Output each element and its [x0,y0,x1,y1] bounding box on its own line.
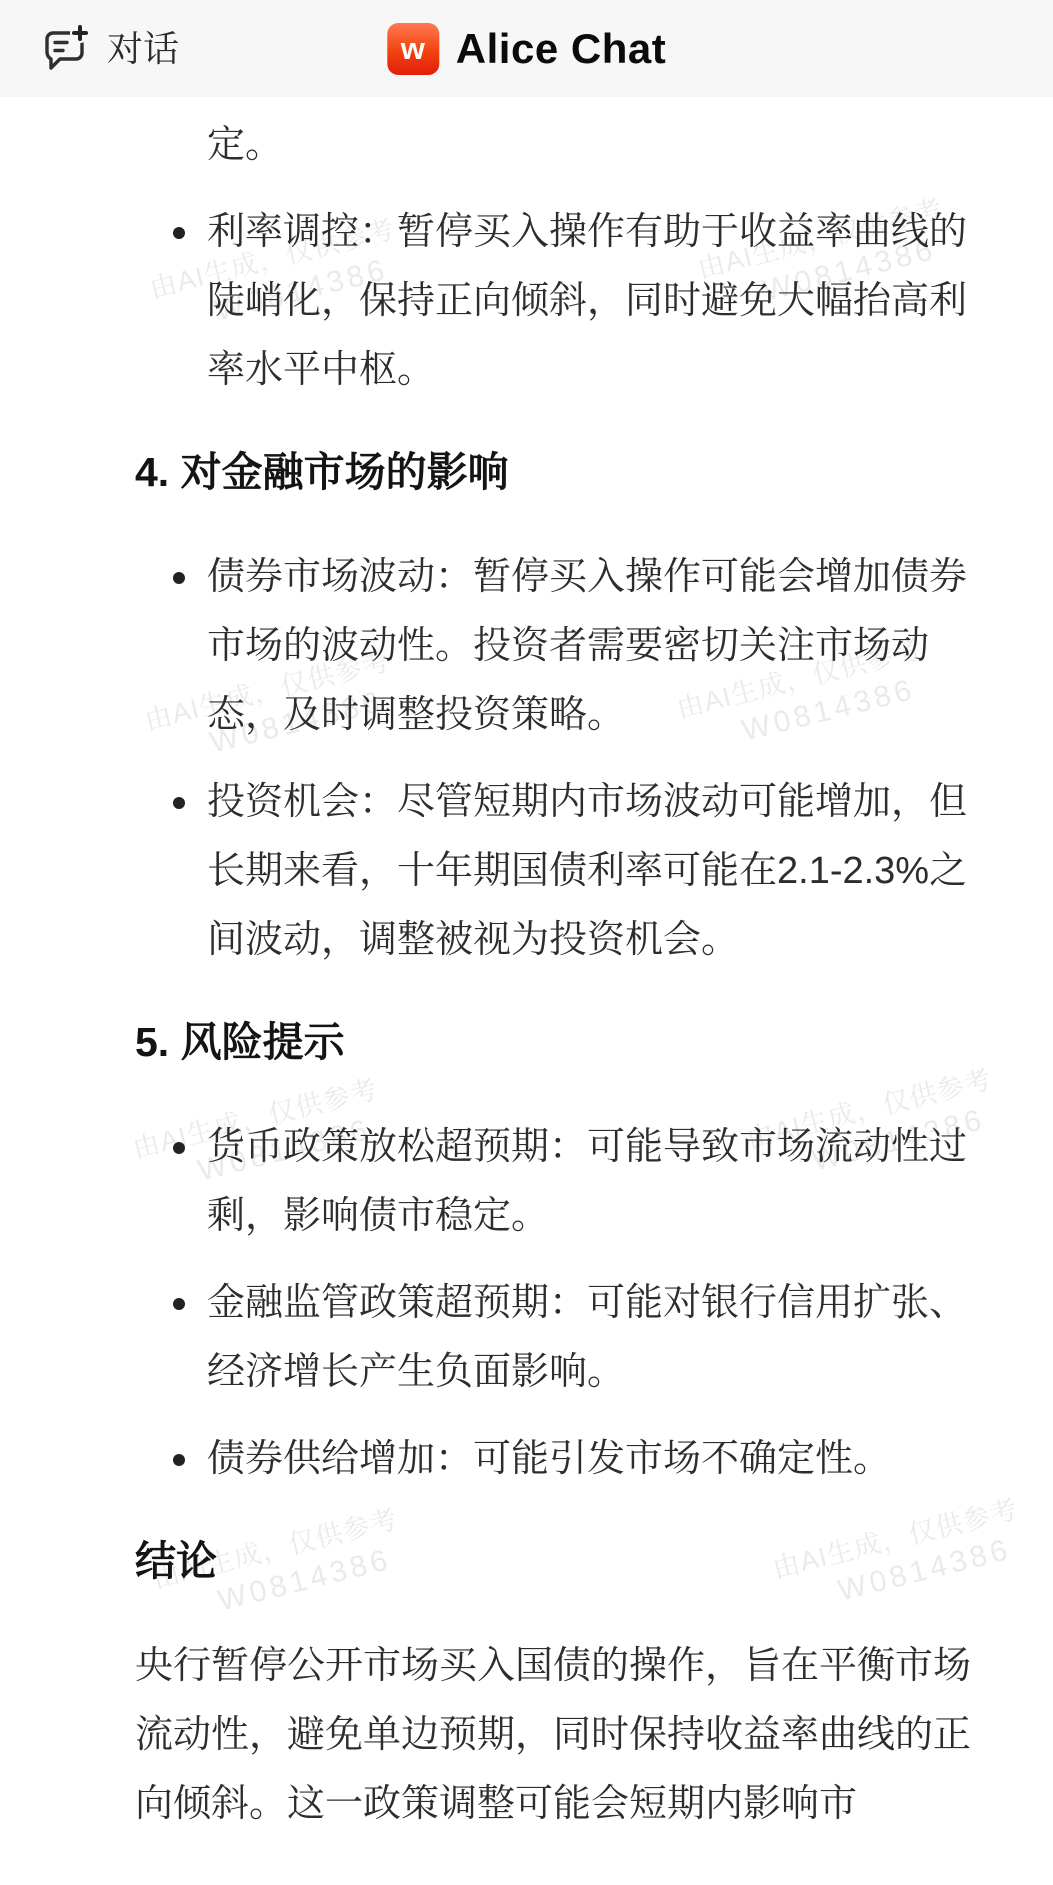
top-bar: 对话 w Alice Chat [0,0,1053,97]
section-heading: 5. 风险提示 [135,1013,973,1071]
chat-screen: 对话 w Alice Chat 由AI生成，仅供参考W0814386 由AI生成… [0,0,1053,1885]
bullet-list: 利率调控：暂停买入操作有助于收益率曲线的陡峭化，保持正向倾斜，同时避免大幅抬高利… [135,198,973,405]
bullet-item: 金融监管政策超预期：可能对银行信用扩张、经济增长产生负面影响。 [135,1269,973,1407]
app-name: Alice Chat [456,25,666,73]
bullet-item: 投资机会：尽管短期内市场波动可能增加，但长期来看，十年期国债利率可能在2.1-2… [135,768,973,975]
section-heading: 4. 对金融市场的影响 [135,443,973,501]
new-chat-button[interactable]: 对话 [40,23,179,75]
app-logo-icon: w [387,23,439,75]
section-heading: 结论 [135,1532,973,1590]
new-chat-label: 对话 [107,31,179,67]
new-chat-icon [40,23,92,75]
bullet-list: 货币政策放松超预期：可能导致市场流动性过剩，影响债市稳定。 金融监管政策超预期：… [135,1113,973,1494]
conclusion-paragraph: 央行暂停公开市场买入国债的操作，旨在平衡市场流动性，避免单边预期，同时保持收益率… [135,1632,973,1839]
paragraph-continuation: 定。 [207,111,973,180]
bullet-item: 利率调控：暂停买入操作有助于收益率曲线的陡峭化，保持正向倾斜，同时避免大幅抬高利… [135,198,973,405]
bullet-item: 债券市场波动：暂停买入操作可能会增加债券市场的波动性。投资者需要密切关注市场动态… [135,543,973,750]
bullet-item: 货币政策放松超预期：可能导致市场流动性过剩，影响债市稳定。 [135,1113,973,1251]
app-title: w Alice Chat [387,23,666,75]
bullet-item: 债券供给增加：可能引发市场不确定性。 [135,1425,973,1494]
chat-message-body: 定。 利率调控：暂停买入操作有助于收益率曲线的陡峭化，保持正向倾斜，同时避免大幅… [0,97,1053,1839]
bullet-list: 债券市场波动：暂停买入操作可能会增加债券市场的波动性。投资者需要密切关注市场动态… [135,543,973,975]
